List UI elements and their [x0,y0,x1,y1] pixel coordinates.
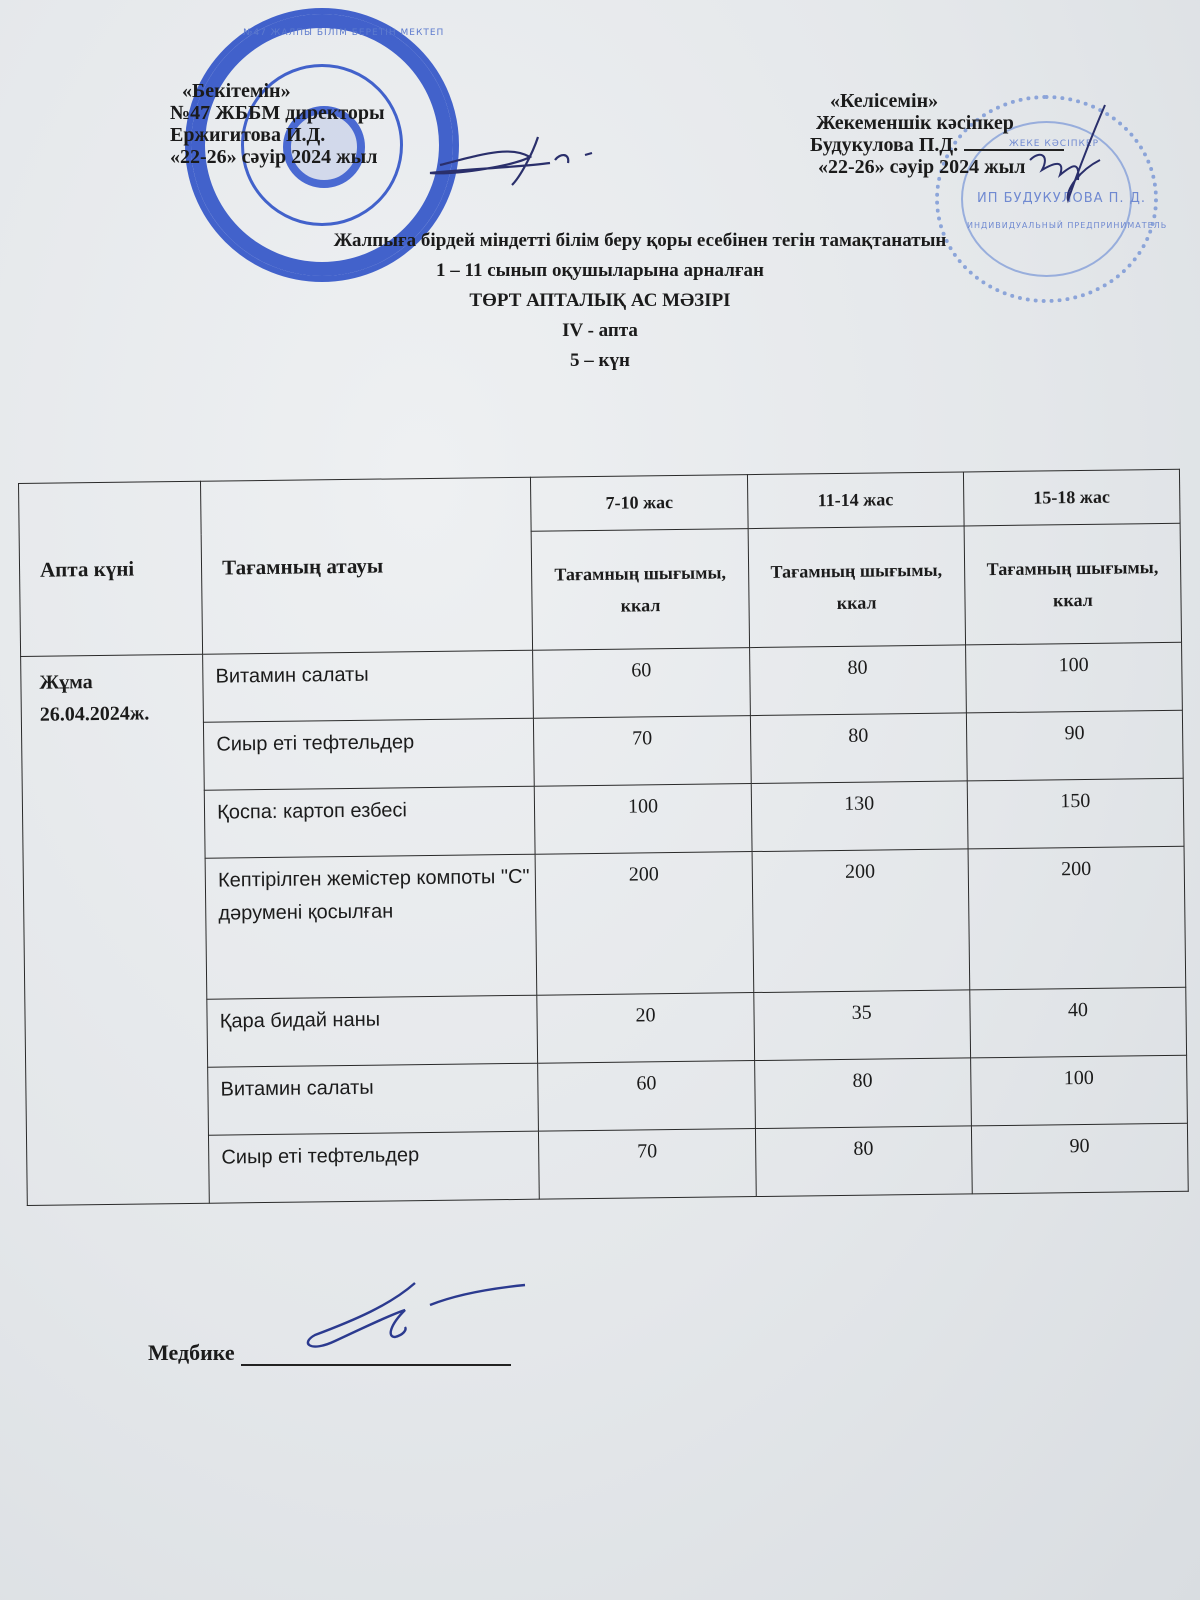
header-day: Апта күні [19,481,203,656]
kcal-15-18: 90 [966,710,1183,781]
kcal-15-18: 100 [970,1055,1187,1126]
kcal-11-14: 35 [753,990,970,1061]
approval-name-row: Будукулова П.Д. [810,134,1064,156]
kcal-15-18: 200 [968,846,1186,990]
week-label: IV - апта [0,316,1200,346]
header-age-15-18: 15-18 жас [963,469,1180,526]
kcal-7-10: 100 [535,784,752,855]
kcal-7-10: 200 [536,852,754,996]
day-date: 26.04.2024ж. [40,697,204,731]
approval-name: Будукулова П.Д. [810,134,958,156]
header-dish-name: Тағамның атауы [201,477,533,654]
kcal-7-10: 60 [538,1061,755,1132]
title-line-1: Жалпыға бірдей міндетті білім беру қоры … [0,226,1200,256]
dish-name: Витамин салаты [203,650,534,722]
day-number-label: 5 – күн [0,346,1200,376]
nurse-label: Медбике [148,1340,235,1365]
header-yield-7-10: Тағамның шығымы, ккал [532,529,750,651]
approval-block-right: «Келісемін» Жекеменшік кәсіпкер Будукуло… [810,90,1064,178]
kcal-11-14: 80 [754,1058,971,1129]
approval-date: «22-26» сәуір 2024 жыл [810,156,1064,178]
document-page: №47 ЖАЛПЫ БІЛІМ БЕРЕТІН МЕКТЕП ЖЕКЕ КӘСІ… [0,0,1200,1600]
menu-table: Апта күні Тағамның атауы 7-10 жас 11-14 … [18,469,1189,1206]
approval-heading: «Келісемін» [810,90,1064,112]
day-name: Жұма [39,665,203,699]
kcal-7-10: 70 [539,1129,756,1200]
header-age-11-14: 11-14 жас [747,472,964,529]
kcal-11-14: 130 [751,781,968,852]
dish-name: Қоспа: картоп езбесі [204,786,535,858]
header-yield-11-14: Тағамның шығымы, ккал [748,526,966,648]
stamp-text-mid: ИП БУДУКУЛОВА П. Д. [977,191,1146,206]
kcal-15-18: 40 [970,987,1187,1058]
approval-date: «22-26» сәуір 2024 жыл [170,146,385,168]
day-cell: Жұма 26.04.2024ж. [21,654,210,1205]
title-line-3: ТӨРТ АПТАЛЫҚ АС МӘЗІРІ [0,286,1200,316]
director-signature-icon [420,125,600,195]
kcal-11-14: 80 [750,713,967,784]
header-age-7-10: 7-10 жас [531,475,748,532]
dish-name: Қара бидай наны [207,995,538,1067]
kcal-11-14: 80 [755,1126,972,1197]
kcal-7-10: 60 [533,648,750,719]
approval-position: №47 ЖББМ директоры [170,102,385,124]
approval-name: Ержигитова И.Д. [170,124,385,146]
dish-name: Сиыр еті тефтельдер [204,718,535,790]
dish-name: Сиыр еті тефтельдер [209,1131,540,1203]
kcal-11-14: 200 [752,849,970,993]
kcal-7-10: 70 [534,716,751,787]
stamp-text: №47 ЖАЛПЫ БІЛІМ БЕРЕТІН МЕКТЕП [243,28,444,38]
approval-position: Жекеменшік кәсіпкер [810,112,1064,134]
signature-line [241,1346,511,1366]
kcal-7-10: 20 [537,993,754,1064]
approval-heading: «Бекітемін» [170,80,385,102]
kcal-15-18: 90 [971,1123,1188,1194]
nurse-signature-block: Медбике [148,1340,511,1366]
title-line-2: 1 – 11 сынып оқушыларына арналған [0,256,1200,286]
signature-line [964,149,1064,151]
dish-name: Кептірілген жемістер компоты "С" дәрумен… [205,854,537,999]
document-title: Жалпыға бірдей міндетті білім беру қоры … [0,226,1200,376]
kcal-15-18: 100 [965,642,1182,713]
dish-name: Витамин салаты [208,1063,539,1135]
approval-block-left: «Бекітемін» №47 ЖББМ директоры Ержигитов… [170,80,385,168]
kcal-11-14: 80 [749,645,966,716]
header-yield-15-18: Тағамның шығымы, ккал [964,523,1182,645]
kcal-15-18: 150 [967,778,1184,849]
